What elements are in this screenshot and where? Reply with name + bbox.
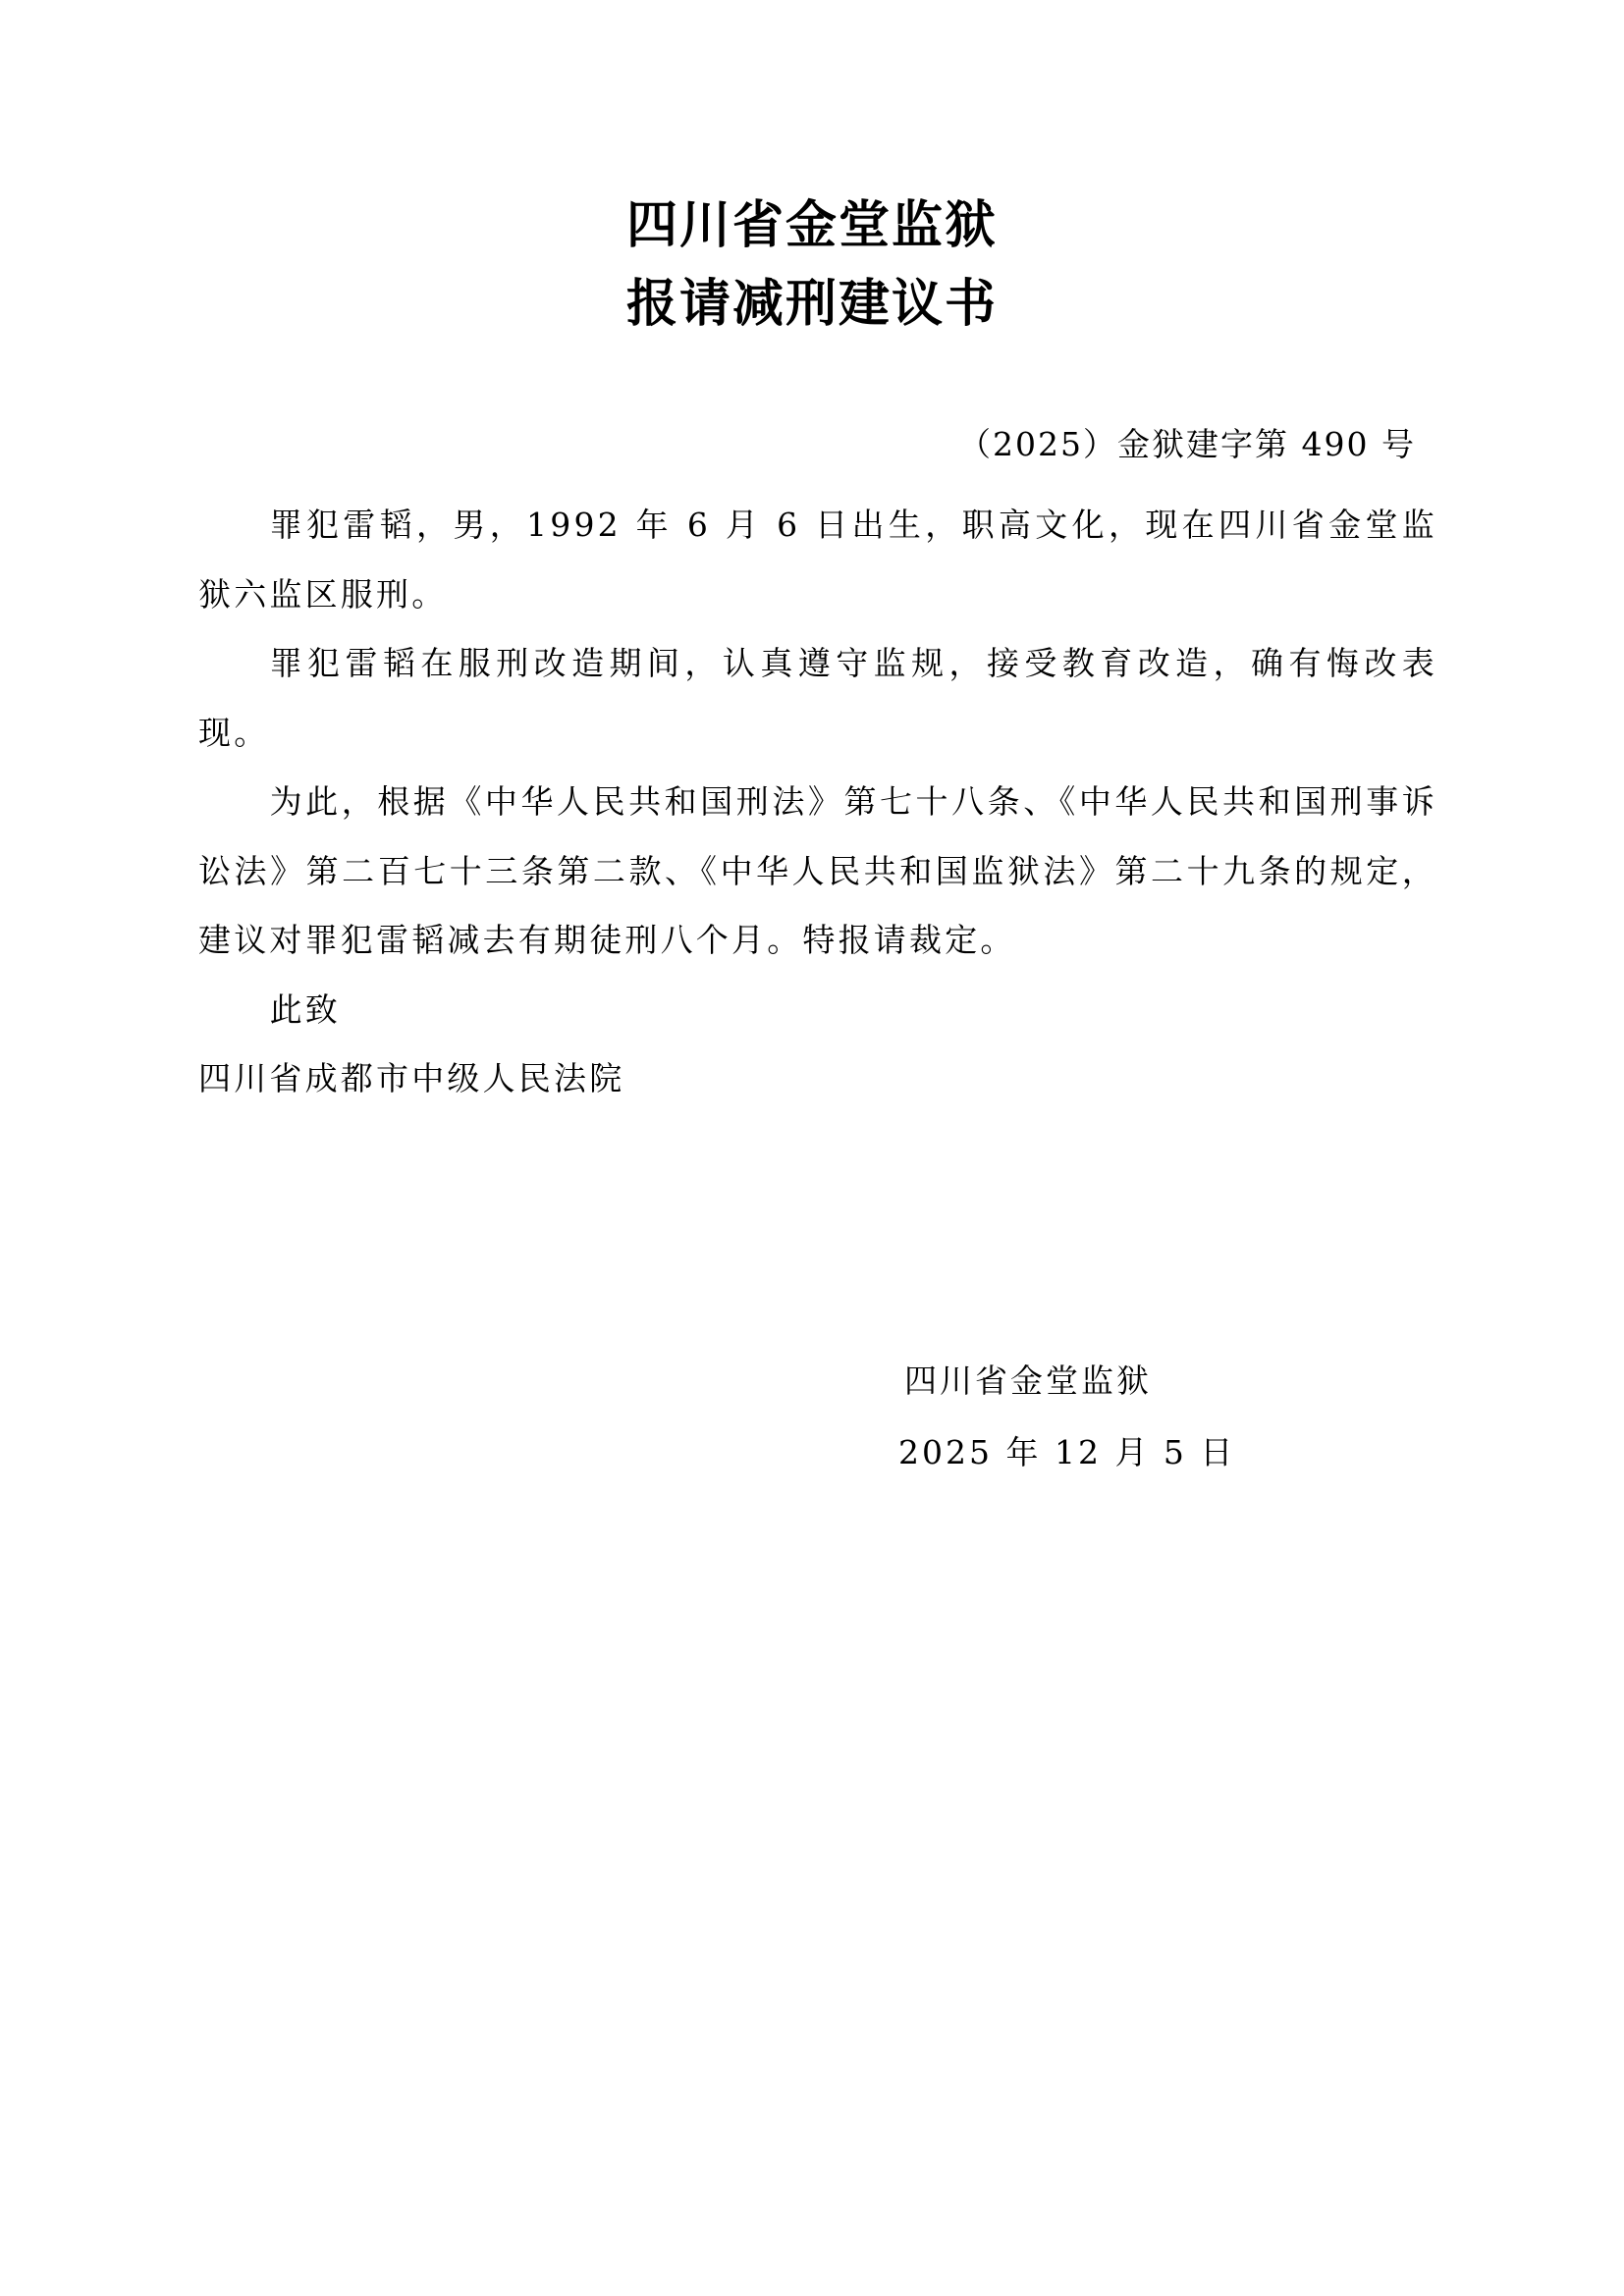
document-body: 罪犯雷韬，男，1992 年 6 月 6 日出生，职高文化，现在四川省金堂监狱六监… [198, 491, 1437, 1114]
signature-block: 四川省金堂监狱 2025 年 12 月 5 日 [898, 1345, 1235, 1488]
title-line-document-type: 报请减刑建议书 [0, 265, 1624, 344]
signature-date: 2025 年 12 月 5 日 [898, 1416, 1235, 1488]
paragraph-legal-basis: 为此，根据《中华人民共和国刑法》第七十八条、《中华人民共和国刑事诉讼法》第二百七… [198, 768, 1437, 976]
salutation: 此致 [198, 976, 1437, 1045]
paragraph-inmate-info: 罪犯雷韬，男，1992 年 6 月 6 日出生，职高文化，现在四川省金堂监狱六监… [198, 491, 1437, 629]
document-number: （2025）金狱建字第 490 号 [958, 420, 1416, 469]
title-line-organization: 四川省金堂监狱 [0, 187, 1624, 265]
signature-organization: 四川省金堂监狱 [898, 1345, 1235, 1416]
paragraph-conduct: 罪犯雷韬在服刑改造期间，认真遵守监规，接受教育改造，确有悔改表现。 [198, 629, 1437, 768]
document-title: 四川省金堂监狱 报请减刑建议书 [0, 187, 1624, 344]
recipient-court: 四川省成都市中级人民法院 [198, 1044, 1437, 1114]
document-page: 四川省金堂监狱 报请减刑建议书 （2025）金狱建字第 490 号 罪犯雷韬，男… [0, 0, 1624, 2296]
